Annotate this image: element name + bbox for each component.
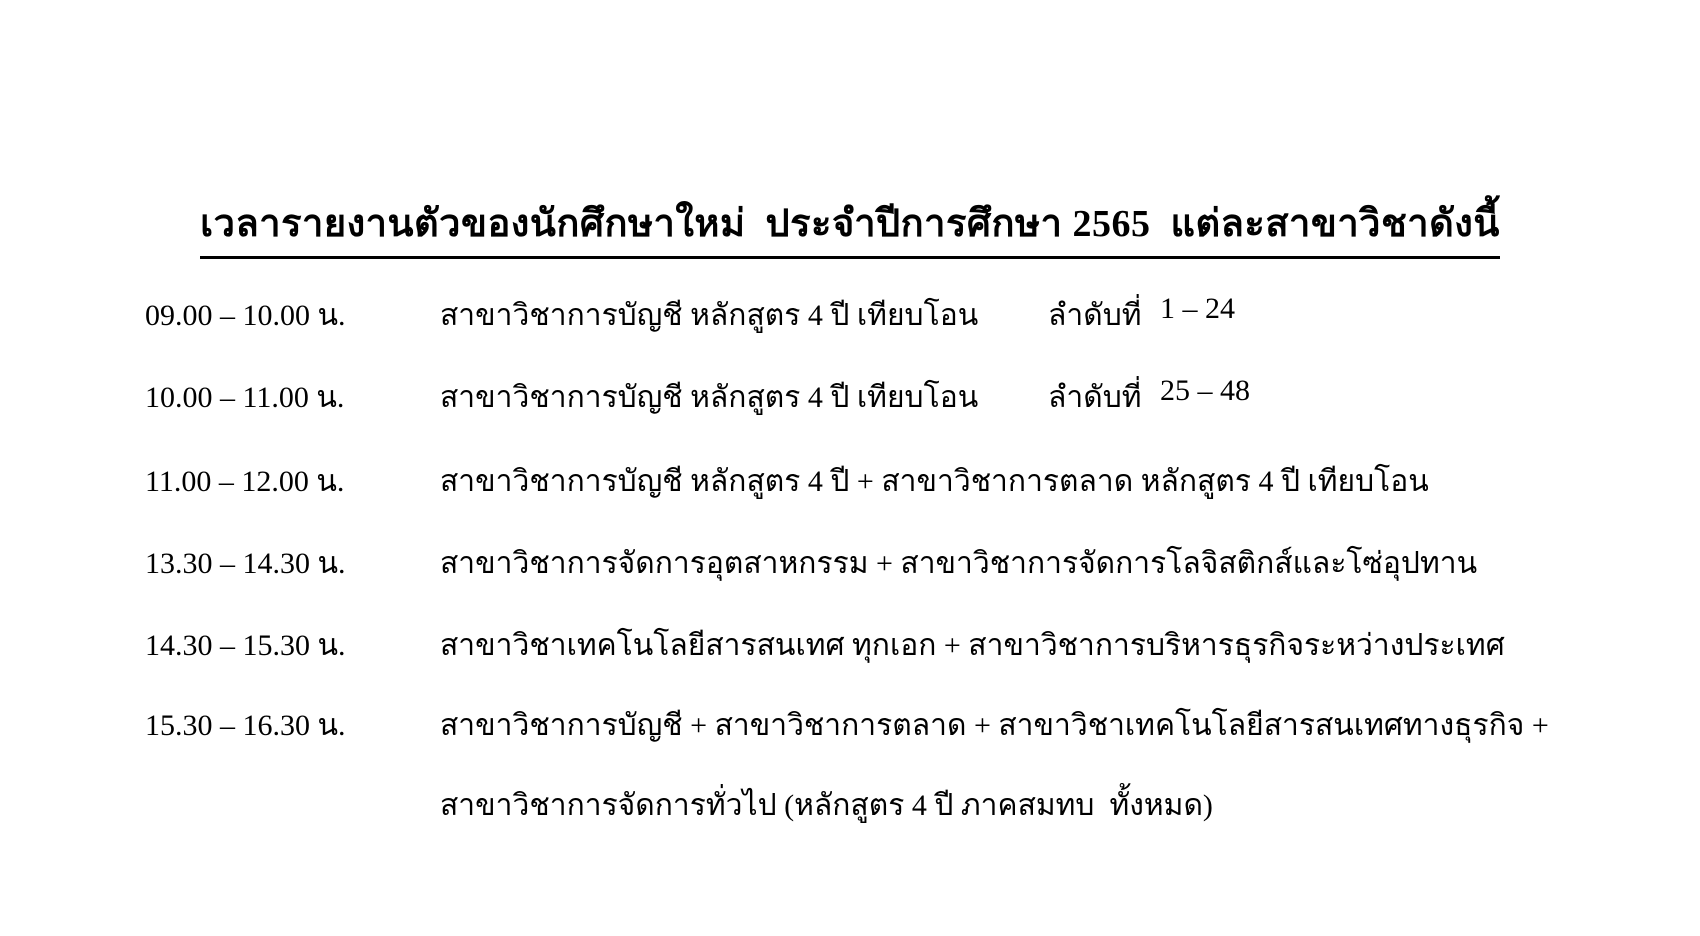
program-name: สาขาวิชาการจัดการอุตสาหกรรม + สาขาวิชากา… <box>440 540 1477 587</box>
schedule-row-4: 13.30 – 14.30 น. สาขาวิชาการจัดการอุตสาห… <box>0 540 1700 588</box>
schedule-row-3: 11.00 – 12.00 น. สาขาวิชาการบัญชี หลักสู… <box>0 458 1700 506</box>
sequence-label: ลำดับที่ <box>1048 292 1142 339</box>
sequence-range: 1 – 24 <box>1160 292 1235 326</box>
time-slot: 10.00 – 11.00 น. <box>145 374 344 421</box>
time-slot: 14.30 – 15.30 น. <box>145 622 346 669</box>
schedule-row-6-continuation: สาขาวิชาการจัดการทั่วไป (หลักสูตร 4 ปี ภ… <box>0 782 1700 830</box>
time-slot: 13.30 – 14.30 น. <box>145 540 346 587</box>
sequence-label: ลำดับที่ <box>1048 374 1142 421</box>
program-name-continued: สาขาวิชาการจัดการทั่วไป (หลักสูตร 4 ปี ภ… <box>440 782 1213 829</box>
schedule-row-2: 10.00 – 11.00 น. สาขาวิชาการบัญชี หลักสู… <box>0 374 1700 422</box>
program-name: สาขาวิชาเทคโนโลยีสารสนเทศ ทุกเอก + สาขาว… <box>440 622 1505 669</box>
program-name: สาขาวิชาการบัญชี หลักสูตร 4 ปี + สาขาวิช… <box>440 458 1429 505</box>
schedule-row-1: 09.00 – 10.00 น. สาขาวิชาการบัญชี หลักสู… <box>0 292 1700 340</box>
title-row: เวลารายงานตัวของนักศึกษาใหม่ ประจำปีการศ… <box>0 192 1700 259</box>
program-name: สาขาวิชาการบัญชี หลักสูตร 4 ปี เทียบโอน <box>440 292 978 339</box>
sequence-range: 25 – 48 <box>1160 374 1250 408</box>
schedule-row-5: 14.30 – 15.30 น. สาขาวิชาเทคโนโลยีสารสนเ… <box>0 622 1700 670</box>
page-title: เวลารายงานตัวของนักศึกษาใหม่ ประจำปีการศ… <box>200 192 1500 259</box>
document-page: เวลารายงานตัวของนักศึกษาใหม่ ประจำปีการศ… <box>0 0 1700 936</box>
time-slot: 11.00 – 12.00 น. <box>145 458 344 505</box>
schedule-row-6: 15.30 – 16.30 น. สาขาวิชาการบัญชี + สาขา… <box>0 702 1700 750</box>
time-slot: 09.00 – 10.00 น. <box>145 292 346 339</box>
time-slot: 15.30 – 16.30 น. <box>145 702 346 749</box>
program-name: สาขาวิชาการบัญชี หลักสูตร 4 ปี เทียบโอน <box>440 374 978 421</box>
program-name: สาขาวิชาการบัญชี + สาขาวิชาการตลาด + สาข… <box>440 702 1549 749</box>
